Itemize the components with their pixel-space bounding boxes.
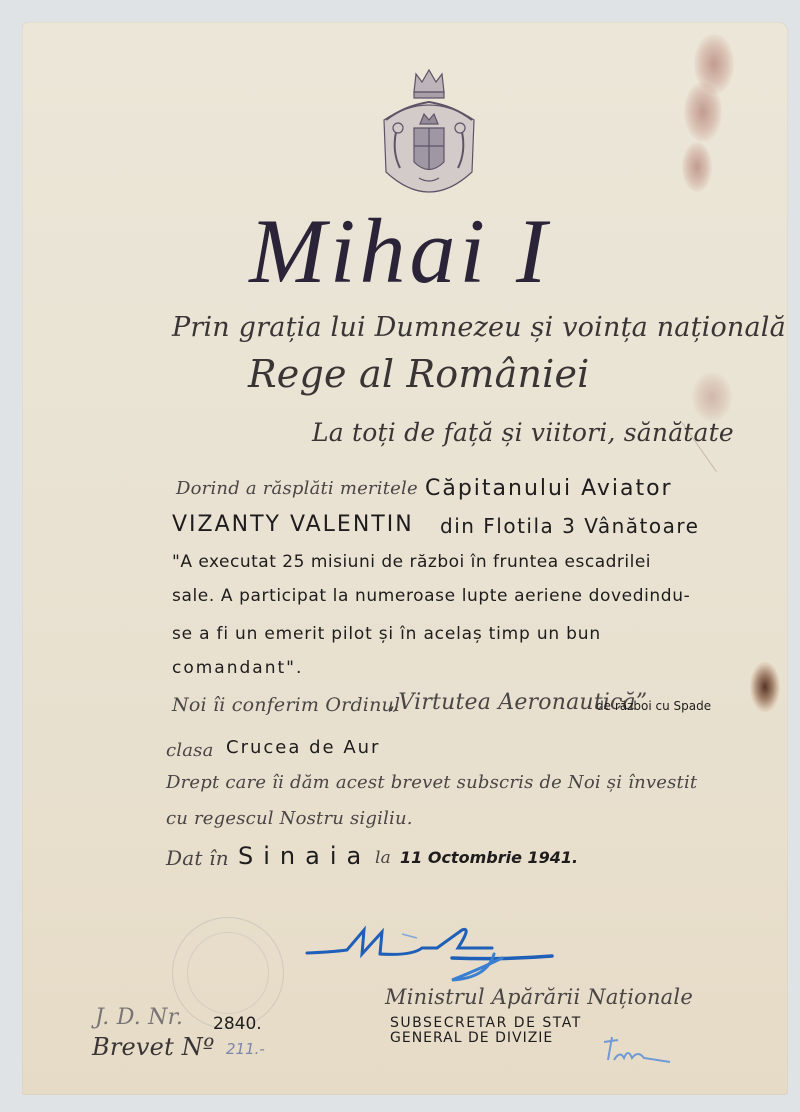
stain-top-right-3 (682, 142, 712, 192)
embossed-seal (172, 917, 284, 1029)
salutation: La toți de față și viitori, sănătate (312, 418, 734, 447)
jd-label: J. D. Nr. (95, 1005, 183, 1030)
citation-line-4: comandant". (172, 658, 303, 678)
dated-label: Dat în (166, 846, 229, 870)
class-value: Crucea de Aur (226, 737, 380, 758)
citation-line-2: sale. A participat la numeroase lupte ae… (172, 586, 690, 606)
closing-line-2: cu regescul Nostru sigiliu. (166, 808, 413, 829)
subtitle-king: Rege al României (248, 352, 590, 396)
ministry-title: Ministrul Apărării Naționale (385, 985, 693, 1009)
stain-burn-right (750, 662, 780, 712)
dated-connector: la (375, 848, 391, 868)
stain-mid-right (692, 372, 732, 422)
subtitle-grace: Prin grația lui Dumnezeu și voința națio… (172, 312, 786, 343)
dated-place: Sinaia (238, 842, 371, 870)
brevet-label: Brevet Nº (92, 1033, 214, 1061)
recipient-rank: Căpitanului Aviator (425, 476, 673, 501)
brevet-number: 211.- (226, 1040, 265, 1058)
minister-title-2: GENERAL DE DIVIZIE (390, 1030, 553, 1046)
document-title: Mihai I (0, 198, 800, 304)
closing-line-1: Drept care îi dăm acest brevet subscris … (166, 772, 697, 793)
king-signature (302, 918, 562, 988)
dated-date: 11 Octombrie 1941. (400, 848, 578, 867)
royal-crest-icon (374, 62, 484, 207)
order-prefix: Noi îi conferim Ordinul (172, 694, 400, 716)
minister-title-1: SUBSECRETAR DE STAT (390, 1015, 582, 1031)
citation-line-1: "A executat 25 misiuni de război în frun… (172, 552, 651, 572)
class-label: clasa (166, 740, 214, 761)
stain-top-right-2 (684, 82, 722, 142)
order-suffix: de război cu Spade (596, 699, 711, 713)
minister-signature (600, 1032, 680, 1072)
recipient-unit: din Flotila 3 Vânătoare (440, 514, 699, 538)
recipient-name: VIZANTY VALENTIN (172, 512, 414, 537)
intro-text: Dorind a răsplăti meritele (176, 478, 418, 499)
jd-number: 2840. (213, 1014, 262, 1034)
citation-line-3: se a fi un emerit pilot și în acelaș tim… (172, 624, 601, 644)
